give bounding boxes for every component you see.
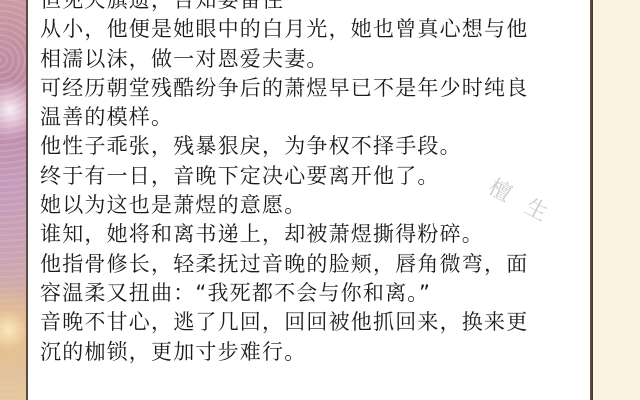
right-margin	[593, 0, 640, 400]
story-line: 她以为这也是萧煜的意愿。	[40, 191, 528, 220]
story-line: 沉的枷锁，更加寸步难行。	[40, 338, 528, 367]
story-line: 终于有一日，音晚下定决心要离开他了。	[40, 162, 528, 191]
story-line: 他指骨修长，轻柔抚过音晚的脸颊，唇角微弯，面	[40, 250, 528, 279]
story-line: 可经历朝堂残酷纷争后的萧煜早已不是年少时纯良	[40, 74, 528, 103]
decorative-side-artwork	[0, 0, 26, 400]
story-line: 但见天旗遗，告知要留住	[40, 0, 528, 15]
story-line: 容温柔又扭曲：“我死都不会与你和离。”	[40, 279, 528, 308]
story-line: 他性子乖张，残暴狠戾，为争权不择手段。	[40, 132, 528, 161]
story-line: 从小，他便是她眼中的白月光，她也曾真心想与他	[40, 15, 528, 44]
story-line: 谁知，她将和离书递上，却被萧煜撕得粉碎。	[40, 220, 528, 249]
story-line: 相濡以沫，做一对恩爱夫妻。	[40, 45, 528, 74]
story-text: 但见天旗遗，告知要留住 从小，他便是她眼中的白月光，她也曾真心想与他 相濡以沫，…	[40, 0, 528, 367]
story-line: 温善的模样。	[40, 103, 528, 132]
story-line: 音晚不甘心，逃了几回，回回被他抓回来，换来更	[40, 308, 528, 337]
